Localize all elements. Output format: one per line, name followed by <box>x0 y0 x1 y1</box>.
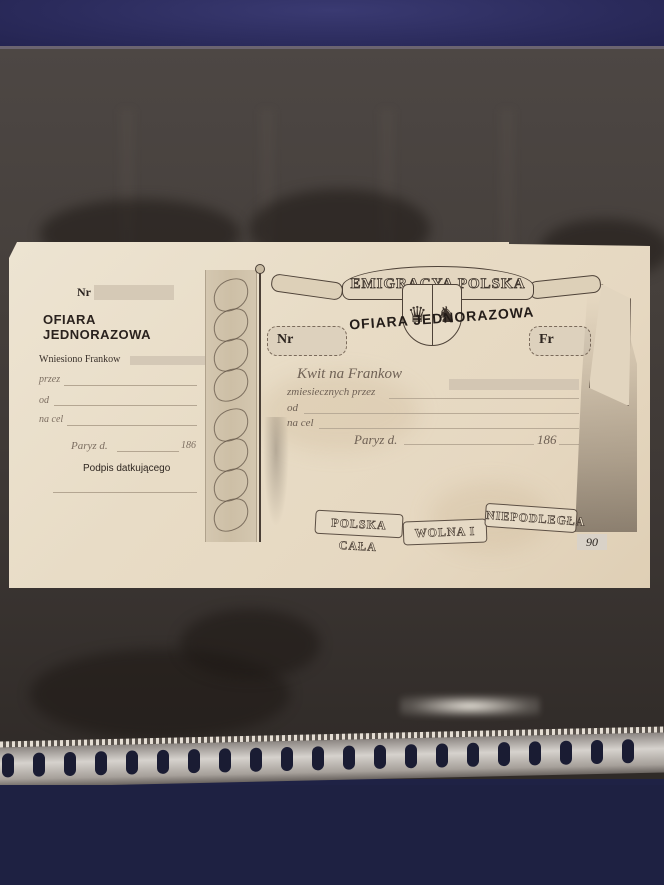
receipt-document: Nr OFIARA JEDNORAZOWA Wniesiono Frankow … <box>9 242 650 588</box>
stub-place-date-label: Paryz d. <box>71 440 108 452</box>
stub-title: OFIARA JEDNORAZOWA <box>43 312 199 342</box>
receipt-kwit-label: Kwit na Frankow <box>297 366 402 383</box>
motto-ribbon-1: POLSKA CAŁA <box>314 510 403 539</box>
stub-purpose-label: na cel <box>39 414 63 425</box>
stub-signature-label: Podpis datkującego <box>83 463 170 474</box>
felt-background-bottom <box>0 785 664 885</box>
counterfoil-stub: Nr OFIARA JEDNORAZOWA Wniesiono Frankow … <box>9 242 199 588</box>
year-line <box>559 444 579 445</box>
purpose-line <box>319 428 579 429</box>
stub-purpose-line <box>67 425 197 426</box>
from-line <box>304 413 579 414</box>
motto-ribbon-2: WOLNA I <box>403 519 488 546</box>
stub-amount-box <box>130 356 210 365</box>
stub-from-line <box>54 405 197 406</box>
stub-signature-line <box>53 492 197 493</box>
light-glare <box>400 695 540 717</box>
date-line <box>404 444 534 445</box>
collected-by-label: zmiesiecznych przez <box>287 386 375 398</box>
serial-number: 90 <box>577 534 607 550</box>
stub-number-label: Nr <box>77 285 91 300</box>
stub-number-box <box>94 285 174 300</box>
sleeve-shadow <box>180 609 320 679</box>
place-date-label: Paryz d. <box>354 432 397 448</box>
from-label: od <box>287 402 298 414</box>
stub-amount-label: Wniesiono Frankow <box>39 354 120 365</box>
flagpole <box>259 270 261 542</box>
stub-year-prefix: 186 <box>181 440 196 451</box>
collected-by-line <box>389 398 579 399</box>
stub-date-line <box>117 451 179 452</box>
receipt-number-label: Nr <box>277 332 293 348</box>
receipt-amount-box <box>449 379 579 390</box>
ornamental-script-band <box>205 270 257 542</box>
purpose-label: na cel <box>287 417 314 429</box>
ribbon-left <box>270 273 344 301</box>
floral-branch <box>263 417 289 527</box>
year-prefix: 186 <box>537 432 557 448</box>
stub-by-label: przez <box>39 374 60 385</box>
receipt-francs-label: Fr <box>539 332 554 348</box>
stub-by-line <box>64 385 197 386</box>
stub-from-label: od <box>39 395 49 406</box>
felt-background-top <box>0 0 664 52</box>
flagpole-finial <box>255 264 265 274</box>
